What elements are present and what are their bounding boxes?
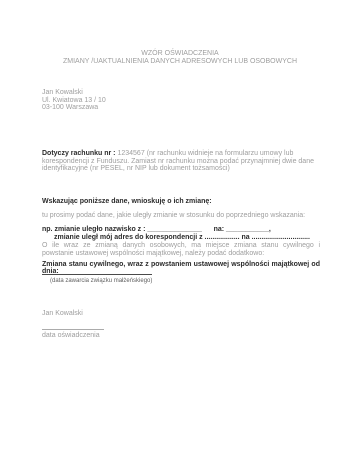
declaration-date-caption: data oświadczenia — [42, 332, 100, 339]
marital-status-statement: Zmiana stanu cywilnego, wraz z powstanie… — [42, 261, 320, 275]
document-title-line-1: WZÓR OŚWIADCZENIA — [0, 50, 360, 58]
change-request-heading: Wskazując poniższe dane, wnioskuję o ich… — [42, 198, 320, 205]
marital-date-blank-line — [42, 274, 152, 275]
sender-address-block: Jan Kowalski Ul. Kwiatowa 13 / 10 03-100… — [42, 89, 106, 112]
example-address-change-line: zmianie uległ mój adres do korespondencj… — [54, 234, 310, 241]
document-title: WZÓR OŚWIADCZENIA ZMIANY /UAKTUALNIENIA … — [0, 50, 360, 66]
change-request-hint: tu prosimy podać dane, jakie uległy zmia… — [42, 212, 320, 219]
account-number-label: Dotyczy rachunku nr : — [42, 150, 116, 157]
account-number-value: 1234567 — [117, 150, 144, 157]
example-name-change-line: np. zmianie uległo nazwisko z : ________… — [42, 226, 271, 233]
marital-date-caption: (data zawarcia związku małżeńskiego) — [50, 278, 152, 284]
additional-info-note: O ile wraz ze zmianą danych osobowych, m… — [42, 242, 320, 257]
document-page: WZÓR OŚWIADCZENIA ZMIANY /UAKTUALNIENIA … — [0, 0, 360, 466]
signature-name: Jan Kowalski — [42, 310, 83, 317]
sender-name: Jan Kowalski — [42, 89, 106, 97]
sender-city: 03-100 Warszawa — [42, 104, 106, 112]
account-paragraph: Dotyczy rachunku nr : 1234567 (nr rachun… — [42, 150, 320, 173]
declaration-date-blank-line — [42, 329, 104, 330]
document-title-line-2: ZMIANY /UAKTUALNIENIA DANYCH ADRESOWYCH … — [0, 58, 360, 66]
sender-street: Ul. Kwiatowa 13 / 10 — [42, 97, 106, 105]
